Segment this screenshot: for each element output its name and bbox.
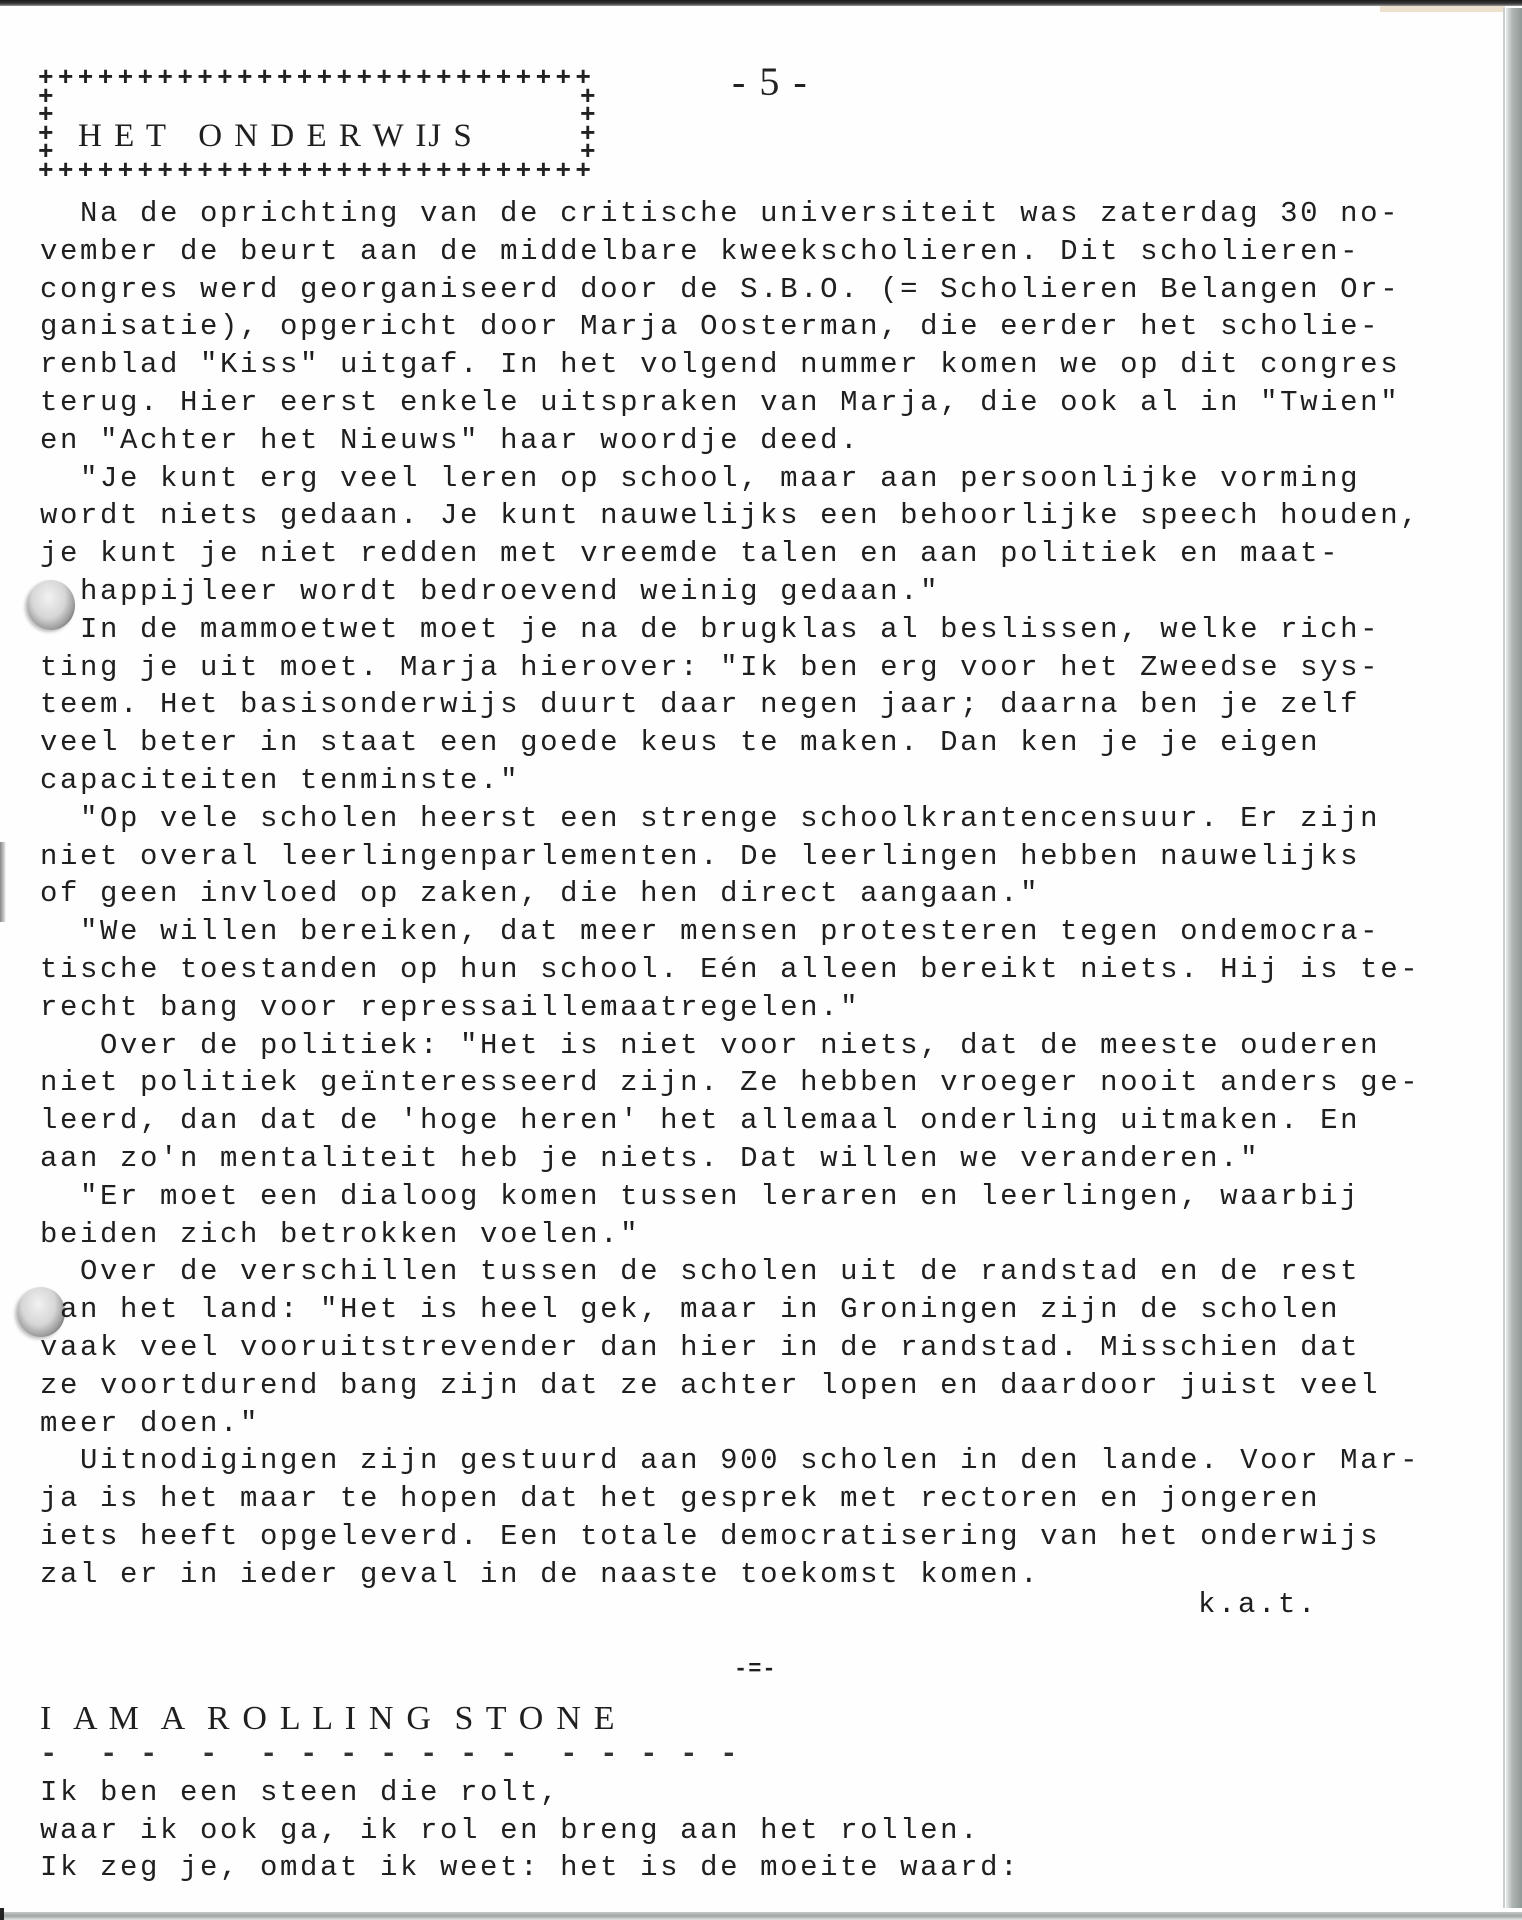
article-line: meer doen." [40,1407,260,1441]
author-signature: k.a.t. [1198,1588,1318,1621]
paper-right-edge [1503,8,1505,1908]
article-line: wordt niets gedaan. Je kunt nauwelijks e… [40,499,1420,533]
article-line: an het land: "Het is heel gek, maar in G… [60,1293,1340,1327]
article-line: Uitnodigingen zijn gestuurd aan 900 scho… [80,1444,1420,1478]
box-border-bottom: ++++++++++++++++++++++++++++ [38,161,595,181]
article-line: en "Achter het Nieuws" haar woordje deed… [40,424,860,458]
poem-line: waar ik ook ga, ik rol en breng aan het … [40,1814,980,1848]
article-line: niet overal leerlingenparlementen. De le… [40,840,1360,874]
scan-right-shadow [1506,8,1522,1908]
article-line: "Je kunt erg veel leren op school, maar … [80,462,1360,496]
article-line: niet politiek geïnteresseerd zijn. Ze he… [40,1066,1420,1100]
punch-hole-icon [17,1287,65,1337]
article-line: ja is het maar te hopen dat het gesprek … [40,1482,1320,1516]
section-separator: -=- [734,1657,777,1682]
article-line: recht bang voor repressaillemaatregelen.… [40,991,860,1025]
article-line: terug. Hier eerst enkele uitspraken van … [40,386,1400,420]
article-line: vember de beurt aan de middelbare kweeks… [40,235,1360,269]
article-line: In de mammoetwet moet je na de brugklas … [80,613,1380,647]
scan-top-edge [0,0,1522,6]
article-line: Over de verschillen tussen de scholen ui… [80,1255,1360,1289]
article-line: of geen invloed op zaken, die hen direct… [40,877,1040,911]
article-line: aan zo'n mentaliteit heb je niets. Dat w… [40,1142,1260,1176]
paper-edge-tint [1380,6,1505,12]
article-line: iets heeft opgeleverd. Een totale democr… [40,1520,1380,1554]
section-title: H E T O N D E R W IJ S [78,118,474,155]
punch-hole-icon [27,580,75,630]
article-line: capaciteiten tenminste." [40,764,520,798]
poem-line: Ik zeg je, omdat ik weet: het is de moei… [40,1851,1020,1885]
article-line: tische toestanden op hun school. Eén all… [40,953,1420,987]
scan-corner-mark [0,1908,4,1920]
scan-bottom-edge [0,1912,1522,1920]
article-line: ting je uit moet. Marja hierover: "Ik be… [40,651,1380,685]
article-line: Over de politiek: "Het is niet voor niet… [100,1029,1380,1063]
article-line: renblad "Kiss" uitgaf. In het volgend nu… [40,348,1400,382]
poem-title-underline: - - - - - - - - - - - - - - - - [40,1738,740,1771]
article-line: zal er in ieder geval in de naaste toeko… [40,1558,1040,1592]
article-line: ganisatie), opgericht door Marja Oosterm… [40,310,1380,344]
page-number: - 5 - [732,58,809,105]
article-line: "Er moet een dialoog komen tussen lerare… [80,1180,1360,1214]
article-line: Na de oprichting van de critische univer… [80,197,1400,231]
left-edge-smudge [0,842,6,922]
poem-line: Ik ben een steen die rolt, [40,1776,560,1810]
article-line: beiden zich betrokken voelen." [40,1218,640,1252]
article-line: congres werd georganiseerd door de S.B.O… [40,273,1400,307]
poem-title: I A M A R O L L I N G S T O N E [40,1700,617,1738]
article-line: vaak veel vooruitstrevender dan hier in … [40,1331,1360,1365]
article-line: "We willen bereiken, dat meer mensen pro… [80,915,1380,949]
article-line: je kunt je niet redden met vreemde talen… [40,537,1340,571]
article-line: veel beter in staat een goede keus te ma… [40,726,1320,760]
article-line: happijleer wordt bedroevend weinig gedaa… [80,575,940,609]
article-line: "Op vele scholen heerst een strenge scho… [80,802,1380,836]
article-line: teem. Het basisonderwijs duurt daar nege… [40,688,1360,722]
box-border-top: ++++++++++++++++++++++++++++ [38,68,595,88]
article-line: ze voortdurend bang zijn dat ze achter l… [40,1369,1380,1403]
article-line: leerd, dan dat de 'hoge heren' het allem… [40,1104,1360,1138]
typewritten-page: ++++++++++++++++++++++++++++ + + + + + +… [0,0,1522,1920]
